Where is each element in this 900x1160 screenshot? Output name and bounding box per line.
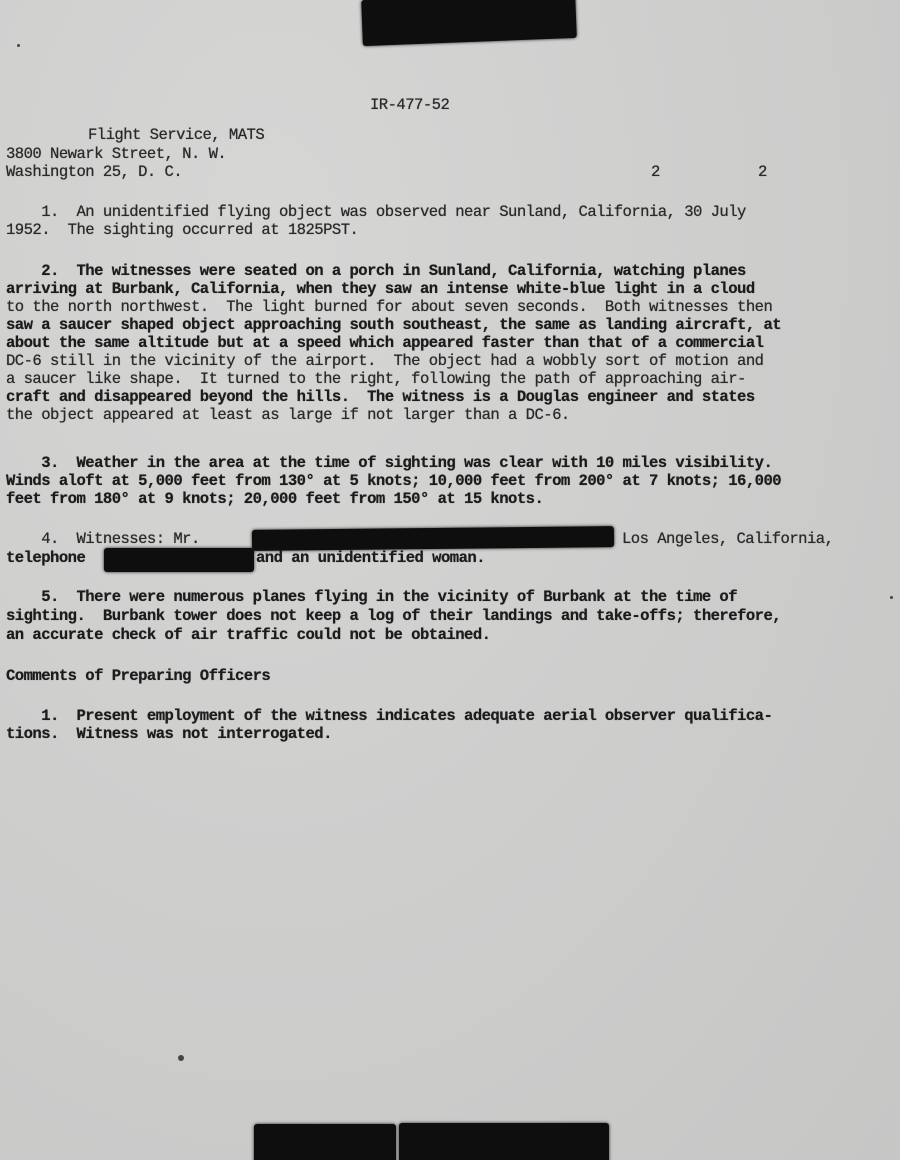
paragraph-4-line: 4. Witnesses: Mr. [6,530,200,548]
paragraph-2-line: arriving at Burbank, California, when th… [6,280,755,298]
paragraph-4-location: Los Angeles, California, [622,530,833,548]
paragraph-4-witness-woman: and an unidentified woman. [256,549,485,567]
paragraph-2-line: 2. The witnesses were seated on a porch … [6,262,746,280]
paragraph-3-line: feet from 180° at 9 knots; 20,000 feet f… [6,490,543,508]
page-marker-2: 2 [758,163,767,181]
paragraph-1-line: 1. An unidentified flying object was obs… [6,203,746,221]
paper-speck [890,596,893,599]
paper-speck [17,44,20,47]
address-line-2: 3800 Newark Street, N. W. [6,145,226,163]
paragraph-2-line: about the same altitude but at a speed w… [6,334,763,352]
redaction-bottom-right [399,1123,609,1160]
paragraph-4-line: telephone [6,549,85,567]
paragraph-2-line: craft and disappeared beyond the hills. … [6,388,755,406]
comment-1-line: 1. Present employment of the witness ind… [6,707,772,725]
paragraph-3-line: Winds aloft at 5,000 feet from 130° at 5… [6,472,781,490]
comment-1-line: tions. Witness was not interrogated. [6,725,332,743]
paragraph-2-line: a saucer like shape. It turned to the ri… [6,370,746,388]
paragraph-1-line: 1952. The sighting occurred at 1825PST. [6,221,358,239]
redaction-witness-name [252,526,614,551]
paragraph-2-line: the object appeared at least as large if… [6,406,570,424]
paragraph-3-line: 3. Weather in the area at the time of si… [6,454,772,472]
paragraph-5-line: an accurate check of air traffic could n… [6,626,490,644]
report-number: IR-477-52 [370,96,449,114]
redaction-telephone [104,548,254,572]
comments-heading: Comments of Preparing Officers [6,667,270,685]
page-marker-1: 2 [651,163,660,181]
paragraph-2-line: DC-6 still in the vicinity of the airpor… [6,352,763,370]
paragraph-5-line: 5. There were numerous planes flying in … [6,588,737,606]
redaction-top [361,0,577,46]
paragraph-5-line: sighting. Burbank tower does not keep a … [6,607,781,625]
paper-speck [178,1055,184,1061]
address-line-3: Washington 25, D. C. [6,163,182,181]
paragraph-2-line: to the north northwest. The light burned… [6,298,772,316]
paragraph-2-line: saw a saucer shaped object approaching s… [6,316,781,334]
address-line-1: Flight Service, MATS [88,126,264,144]
redaction-bottom-left [254,1124,396,1160]
